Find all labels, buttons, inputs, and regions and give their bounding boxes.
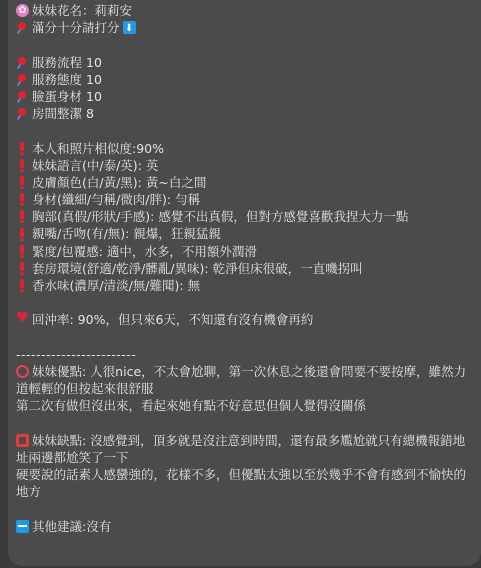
detail-text: 皮膚顏色(白/黃/黑): 黃~白之間 xyxy=(32,174,206,191)
pushpin-icon xyxy=(16,90,29,103)
detail-text: 緊度/包覆感: 適中，水多，不用額外潤滑 xyxy=(32,243,257,260)
exclamation-icon xyxy=(16,142,29,155)
score-prompt-line: 滿分十分請打分 xyxy=(16,19,471,36)
score-value: 8 xyxy=(86,105,94,122)
score-label: 服務態度 xyxy=(32,71,82,88)
pros-paragraph: 妹妹優點: 人很nice，不太會尬聊，第一次休息之後還會問要不要按摩，雖然力道輕… xyxy=(16,363,471,397)
score-value: 10 xyxy=(86,71,102,88)
name-text: 妹妹花名：莉莉安 xyxy=(32,2,132,19)
score-row: 房間整潔 8 xyxy=(16,105,471,122)
exclamation-icon xyxy=(16,159,29,172)
detail-text: 妹妹語言(中/泰/英): 英 xyxy=(32,157,158,174)
other-text: 其他建議:沒有 xyxy=(32,518,111,535)
cons-text-2: 硬要說的話素人感蠻強的，花樣不多，但優點太強以至於幾乎不會有感到不愉快的地方 xyxy=(16,466,471,500)
detail-row: 身材(纖細/勻稱/微肉/胖): 勻稱 xyxy=(16,191,471,208)
detail-row: 套房環境(舒適/乾淨/髒亂/異味): 乾淨但床很破，一直嘰拐叫 xyxy=(16,260,471,277)
pushpin-icon xyxy=(16,107,29,120)
separator-line: ------------------------ xyxy=(16,346,471,363)
detail-row: 皮膚顏色(白/黃/黑): 黃~白之間 xyxy=(16,174,471,191)
pros-text: 妹妹優點: 人很nice，不太會尬聊，第一次休息之後還會問要不要按摩，雖然力道輕… xyxy=(16,364,466,396)
exclamation-icon xyxy=(16,228,29,241)
cherry-blossom-icon xyxy=(16,4,29,17)
detail-row: 胸部(真假/形狀/手感): 感覺不出真假，但對方感覺喜歡我捏大力一點 xyxy=(16,208,471,225)
score-row: 服務態度 10 xyxy=(16,71,471,88)
exclamation-icon xyxy=(16,245,29,258)
detail-text: 香水味(濃厚/清淡/無/難聞): 無 xyxy=(32,277,200,294)
ng-button-icon xyxy=(16,520,29,533)
heart-icon xyxy=(16,313,29,326)
detail-row: 緊度/包覆感: 適中，水多，不用額外潤滑 xyxy=(16,243,471,260)
message-bubble: 妹妹花名：莉莉安 滿分十分請打分 服務流程 10 服務態度 10 臉蛋身材 10… xyxy=(8,0,481,566)
detail-text: 本人和照片相似度:90% xyxy=(32,140,164,157)
pushpin-icon xyxy=(16,21,29,34)
detail-row: 親嘴/舌吻(有/無): 親爆，狂親猛親 xyxy=(16,225,471,242)
pushpin-icon xyxy=(16,73,29,86)
exclamation-icon xyxy=(16,176,29,189)
cons-paragraph: 妹妹缺點: 沒感覺到，頂多就是沒注意到時間，還有最多尷尬就只有總機報錯地址兩邊都… xyxy=(16,432,471,466)
detail-row: 香水味(濃厚/清淡/無/難聞): 無 xyxy=(16,277,471,294)
detail-text: 身材(纖細/勻稱/微肉/胖): 勻稱 xyxy=(32,191,200,208)
down-arrow-icon xyxy=(123,21,136,34)
exclamation-icon xyxy=(16,193,29,206)
detail-row: 妹妹語言(中/泰/英): 英 xyxy=(16,157,471,174)
pushpin-icon xyxy=(16,56,29,69)
exclamation-icon xyxy=(16,279,29,292)
score-row: 服務流程 10 xyxy=(16,54,471,71)
return-rate-text: 回沖率: 90%，但只來6天，不知還有沒有機會再約 xyxy=(32,311,313,328)
score-value: 10 xyxy=(86,88,102,105)
score-value: 10 xyxy=(86,54,102,71)
cons-text: 妹妹缺點: 沒感覺到，頂多就是沒注意到時間，還有最多尷尬就只有總機報錯地址兩邊都… xyxy=(16,433,465,465)
exclamation-icon xyxy=(16,262,29,275)
detail-text: 親嘴/舌吻(有/無): 親爆，狂親猛親 xyxy=(32,225,221,242)
score-label: 服務流程 xyxy=(32,54,82,71)
detail-row: 本人和照片相似度:90% xyxy=(16,140,471,157)
detail-text: 胸部(真假/形狀/手感): 感覺不出真假，但對方感覺喜歡我捏大力一點 xyxy=(32,208,408,225)
score-row: 臉蛋身材 10 xyxy=(16,88,471,105)
score-prompt-text: 滿分十分請打分 xyxy=(32,19,120,36)
return-rate-line: 回沖率: 90%，但只來6天，不知還有沒有機會再約 xyxy=(16,311,471,328)
score-label: 房間整潔 xyxy=(32,105,82,122)
name-line: 妹妹花名：莉莉安 xyxy=(16,2,471,19)
detail-text: 套房環境(舒適/乾淨/髒亂/異味): 乾淨但床很破，一直嘰拐叫 xyxy=(32,260,363,277)
cross-mark-icon xyxy=(16,434,29,447)
other-suggestions-line: 其他建議:沒有 xyxy=(16,518,471,535)
pros-text-2: 第二次有做但沒出來，看起來她有點不好意思但個人覺得沒關係 xyxy=(16,397,471,414)
exclamation-icon xyxy=(16,210,29,223)
red-circle-icon xyxy=(16,365,29,378)
score-label: 臉蛋身材 xyxy=(32,88,82,105)
